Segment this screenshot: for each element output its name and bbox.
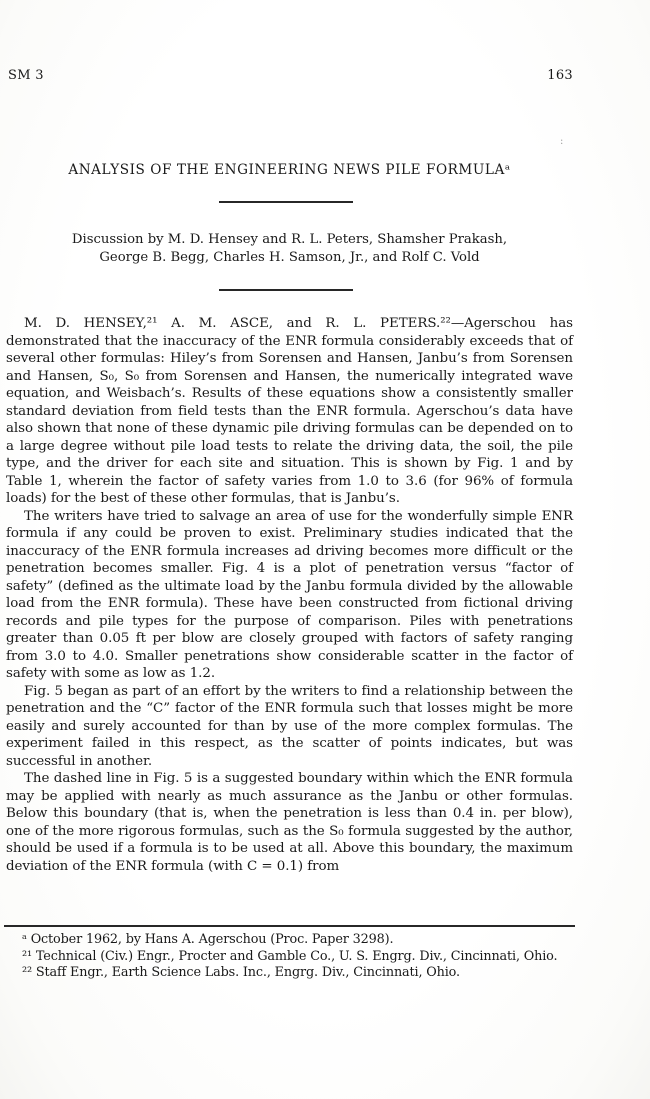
byline-line-1: Discussion by M. D. Hensey and R. L. Pet… xyxy=(6,231,573,249)
footnote-rule xyxy=(4,925,575,927)
scan-speck: : xyxy=(560,136,563,147)
paragraph: The dashed line in Fig. 5 is a suggested… xyxy=(6,770,573,875)
paragraph: The writers have tried to salvage an are… xyxy=(6,508,573,683)
footnote: ²² Staff Engr., Earth Science Labs. Inc.… xyxy=(4,965,573,982)
title-divider-top xyxy=(219,201,353,203)
journal-page: SM 3 163 : ANALYSIS OF THE ENGINEERING N… xyxy=(0,0,650,1099)
footnote: ᵃ October 1962, by Hans A. Agerschou (Pr… xyxy=(4,932,573,949)
journal-code: SM 3 xyxy=(8,68,44,83)
article-body: M. D. HENSEY,²¹ A. M. ASCE, and R. L. PE… xyxy=(6,315,573,875)
byline: Discussion by M. D. Hensey and R. L. Pet… xyxy=(6,231,573,266)
footnotes: ᵃ October 1962, by Hans A. Agerschou (Pr… xyxy=(4,932,573,982)
paragraph: M. D. HENSEY,²¹ A. M. ASCE, and R. L. PE… xyxy=(6,315,573,508)
footnote: ²¹ Technical (Civ.) Engr., Procter and G… xyxy=(4,949,573,966)
byline-line-2: George B. Begg, Charles H. Samson, Jr., … xyxy=(6,249,573,267)
running-head: SM 3 163 xyxy=(8,68,573,83)
page-number: 163 xyxy=(547,68,573,83)
title-divider-bottom xyxy=(219,289,353,291)
paragraph: Fig. 5 began as part of an effort by the… xyxy=(6,683,573,771)
article-title: ANALYSIS OF THE ENGINEERING NEWS PILE FO… xyxy=(6,162,573,178)
